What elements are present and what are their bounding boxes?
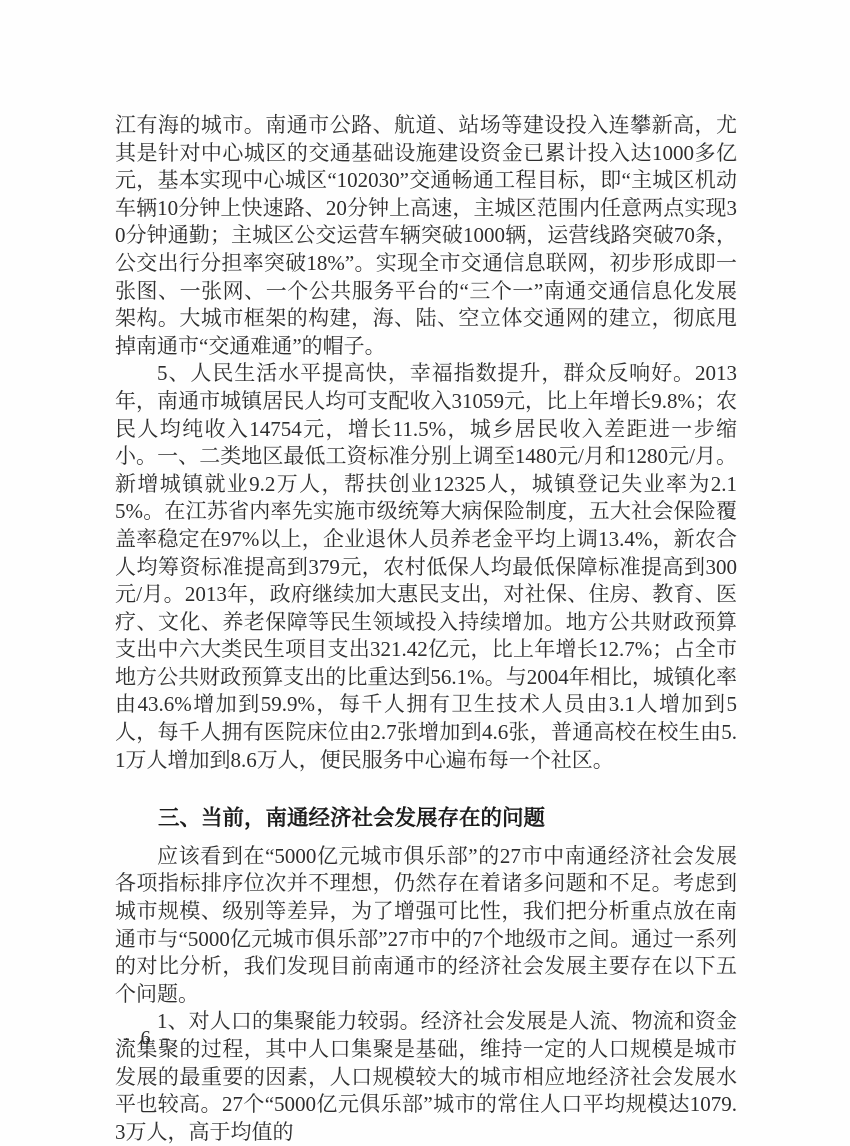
document-page: 江有海的城市。南通市公路、航道、站场等建设投入连攀新高，尤其是针对中心城区的交通… xyxy=(0,0,850,1146)
paragraph: 江有海的城市。南通市公路、航道、站场等建设投入连攀新高，尤其是针对中心城区的交通… xyxy=(115,112,737,360)
text-block: 江有海的城市。南通市公路、航道、站场等建设投入连攀新高，尤其是针对中心城区的交通… xyxy=(115,112,737,1146)
page-number: - 6 - xyxy=(123,1027,171,1050)
paragraph: 5、人民生活水平提高快，幸福指数提升，群众反响好。2013年，南通市城镇居民人均… xyxy=(115,360,737,774)
section-heading: 三、当前，南通经济社会发展存在的问题 xyxy=(115,805,737,833)
paragraph: 1、对人口的集聚能力较弱。经济社会发展是人流、物流和资金流集聚的过程，其中人口集… xyxy=(115,1008,737,1146)
paragraph: 应该看到在“5000亿元城市俱乐部”的27市中南通经济社会发展各项指标排序位次并… xyxy=(115,843,737,1009)
